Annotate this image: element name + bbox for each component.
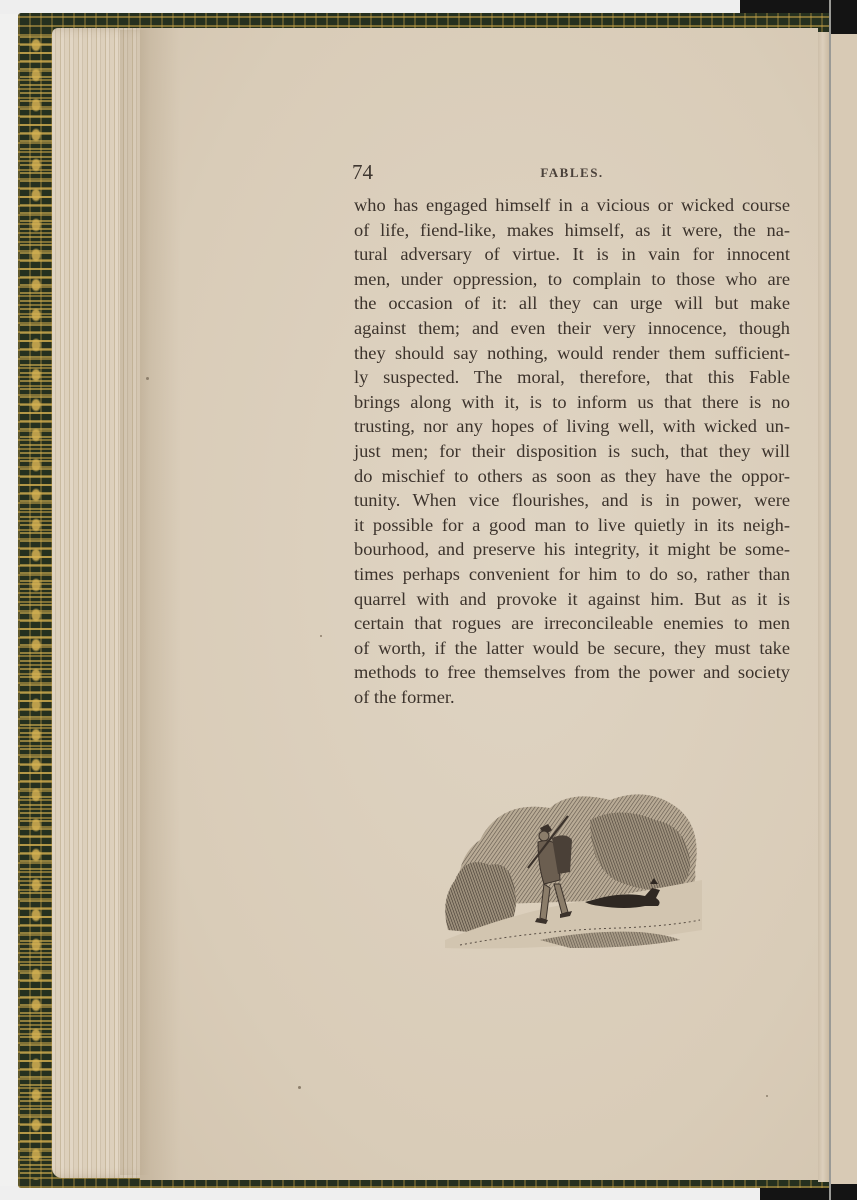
text-line: who has engaged himself in a vicious or … (354, 193, 790, 218)
background-top (0, 0, 740, 14)
paper-speck (320, 635, 322, 637)
text-line: tural adversary of virtue. It is in vain… (354, 242, 790, 267)
text-line: trusting, nor any hopes of living well, … (354, 414, 790, 439)
page-stack-shadow (120, 30, 150, 1175)
adjacent-page-sliver (831, 34, 857, 1184)
text-line: men, under oppression, to complain to th… (354, 267, 790, 292)
text-line: do mischief to others as soon as they ha… (354, 464, 790, 489)
running-head: 74 FABLES. (352, 160, 792, 190)
woodcut-illustration (440, 780, 705, 952)
text-line: certain that rogues are irreconcileable … (354, 611, 790, 636)
text-line: times perhaps convenient for him to do s… (354, 562, 790, 587)
background-bottom (0, 1186, 760, 1200)
text-line: methods to free themselves from the powe… (354, 660, 790, 685)
text-line: of the former. (354, 685, 790, 710)
body-text: who has engaged himself in a vicious or … (354, 193, 790, 709)
text-line: the occasion of it: all they can urge wi… (354, 291, 790, 316)
text-line: they should say nothing, would render th… (354, 341, 790, 366)
text-line: ly suspected. The moral, therefore, that… (354, 365, 790, 390)
running-title: FABLES. (352, 165, 792, 181)
text-line: brings along with it, is to inform us th… (354, 390, 790, 415)
text-line: of life, fiend-like, makes himself, as i… (354, 218, 790, 243)
woodcut-traveller-icon (440, 780, 705, 952)
paper-speck (298, 1086, 301, 1089)
text-line: quarrel with and provoke it against him.… (354, 587, 790, 612)
text-line: bourhood, and preserve his integrity, it… (354, 537, 790, 562)
text-line: just men; for their disposition is such,… (354, 439, 790, 464)
paper-speck (766, 1095, 768, 1097)
paper-speck (146, 377, 149, 380)
text-line: of worth, if the latter would be secure,… (354, 636, 790, 661)
gilt-ornament (20, 30, 52, 1180)
text-line: it possible for a good man to live quiet… (354, 513, 790, 538)
text-line: against them; and even their very innoce… (354, 316, 790, 341)
text-line: tunity. When vice flourishes, and is in … (354, 488, 790, 513)
